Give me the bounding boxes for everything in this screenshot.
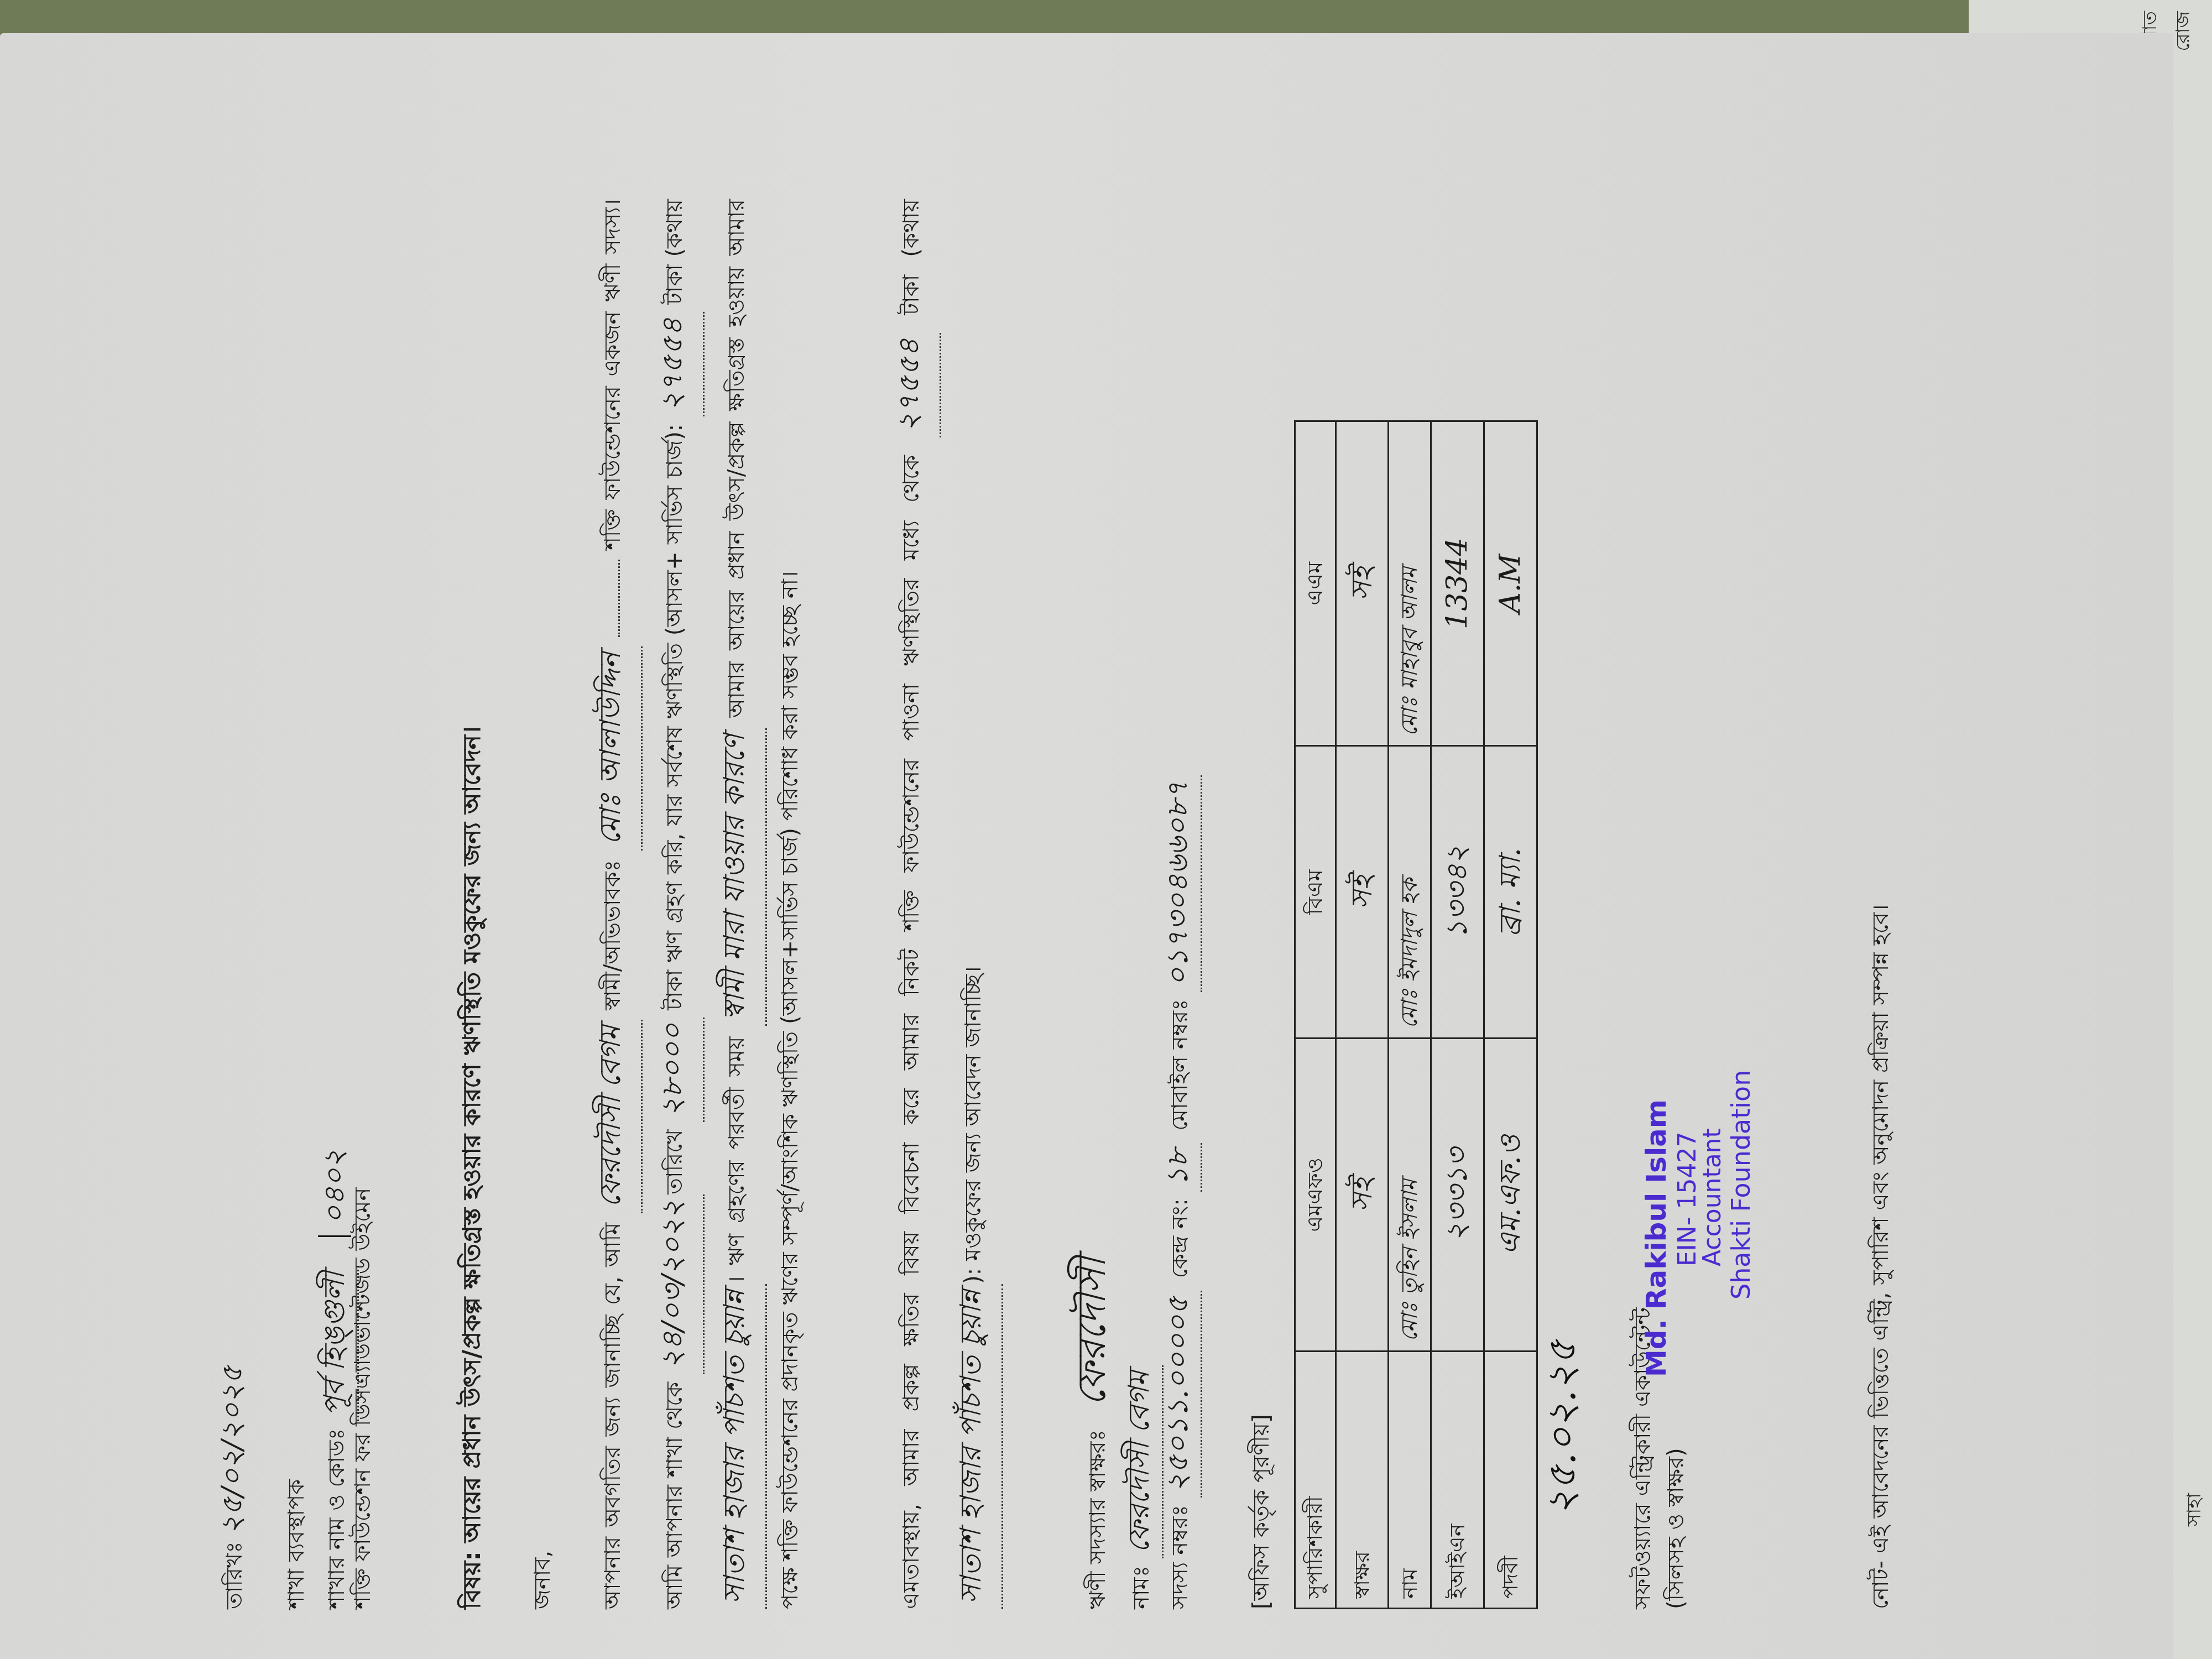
signature-cell: সই (1335, 421, 1389, 746)
row-header: পদবী (1484, 1352, 1537, 1609)
background-text: সাহা (2179, 1493, 2210, 1526)
row-header: ইআইএন (1431, 1352, 1484, 1609)
signature-cell: সই (1335, 746, 1389, 1039)
code-value: ১৮ (1156, 1143, 1202, 1192)
guardian-name-field: মোঃ আলাউদ্দিন (581, 646, 643, 851)
text: । ঋণ গ্রহণের পরবর্তী সময় (724, 1036, 749, 1284)
waiver-amount-field: ২৭৫৫৪ (879, 333, 941, 437)
ein-cell: ১৩৩৪২ (1431, 746, 1484, 1039)
text: আপনার অবগতির জন্য জানাচ্ছি যে, আমি (600, 1223, 625, 1609)
name-cell: মোঃ ইমদাদুল হক (1389, 746, 1431, 1039)
row-header: সুপারিশকারী (1295, 1352, 1336, 1609)
stamp-title: Accountant (1700, 1128, 1725, 1266)
outstanding-field: ২৭৫৫৪ (643, 312, 705, 416)
date-line: তারিখঃ ২৫/০২/২০২৫ (210, 1365, 255, 1609)
subject-line: বিষয়: আয়ের প্রধান উৎস/প্রকল্প ক্ষতিগ্র… (453, 726, 491, 1609)
document-sheet: তারিখঃ ২৫/০২/২০২৫ শাখা ব্যবস্থাপক শাখার … (0, 33, 2173, 1659)
member-number-line: সদস্য নম্বরঃ ২৫০১১.০০০০৫ কেন্দ্র নং: ১৮ … (1156, 775, 1202, 1609)
name-cell: মোঃ মাহাবুব আলম (1389, 421, 1431, 746)
code-label: কেন্দ্র নং: (1167, 1198, 1193, 1278)
text: টাকা (কথায় (662, 199, 687, 305)
member-no-label: সদস্য নম্বরঃ (1167, 1505, 1193, 1609)
accountant-signature: ২৫.০২.২৫ (1532, 1340, 1592, 1609)
row-header: স্বাক্ষর (1335, 1352, 1389, 1609)
table-row: ইআইএন ২৩৩১৩ ১৩৩৪২ 13344 (1431, 421, 1484, 1609)
member-signature-line: ঋণী সদস্যার স্বাক্ষরঃ ফেরদৌসী (1062, 1257, 1122, 1609)
date-value: ২৫/০২/২০২৫ (216, 1365, 249, 1534)
stamp-org: Shakti Foundation (1728, 1070, 1754, 1300)
text: তারিখে (662, 1130, 687, 1194)
stamp-ein: EIN- 15427 (1676, 1131, 1700, 1266)
text: টাকা ঋণ গ্রহণ করি, যার সর্বশেষ ঋণস্থিতি … (662, 424, 687, 1010)
ein-cell: ২৩৩১৩ (1431, 1038, 1484, 1351)
stamp-name: Md. Rakibul Islam (1642, 1099, 1670, 1377)
body-paragraph-1: আপনার অবগতির জন্য জানাচ্ছি যে, আমি ফেরদৌ… (581, 199, 813, 1609)
column-header: এএম (1295, 421, 1336, 746)
signature-label: ঋণী সদস্যার স্বাক্ষরঃ (1085, 1430, 1110, 1609)
mobile-label: মোবাইল নম্বরঃ (1167, 999, 1193, 1130)
application-page: তারিখঃ ২৫/০২/২০২৫ শাখা ব্যবস্থাপক শাখার … (210, 61, 1980, 1609)
accountant-sublabel: (সিলসহ ও স্বাক্ষর) (1659, 1448, 1693, 1609)
member-name-field: ফেরদৌসী বেগম (581, 1020, 643, 1213)
salutation: জনাব, (525, 1551, 560, 1609)
signature-cell: সই (1335, 1038, 1389, 1351)
loan-date-field: ২৪/০৩/২০২২ (643, 1194, 705, 1374)
table-row: পদবী এম.এফ.ও ব্রা. ম্যা. A.M (1484, 421, 1537, 1609)
column-header: এমএফও (1295, 1038, 1336, 1351)
name-cell: মোঃ তুহিন ইসলাম (1389, 1038, 1431, 1351)
member-no-value: ২৫০১১.০০০০৫ (1156, 1291, 1202, 1498)
organization-line: শক্তি ফাউন্ডেশন ফর ডিসএ্যাডভান্টেজড উইমে… (346, 1188, 380, 1609)
mobile-value: ০১৭৩০৪৬৬০৮৭ (1156, 775, 1202, 992)
row-header: নাম (1389, 1352, 1431, 1609)
accountant-signature-date: ২৫.০২.২৫ (1539, 1340, 1584, 1515)
designation-cell: এম.এফ.ও (1484, 1038, 1537, 1351)
text: এমতাবস্থায়, আমার প্রকল্প ক্ষতির বিষয় ব… (899, 455, 924, 1609)
date-label: তারিখঃ (222, 1541, 247, 1609)
column-header: বিএম (1295, 746, 1336, 1039)
text: স্বামী/অভিভাবকঃ (600, 860, 625, 1010)
blank-field (618, 560, 620, 637)
body-paragraph-2: এমতাবস্থায়, আমার প্রকল্প ক্ষতির বিষয় ব… (879, 199, 1003, 1609)
designation-cell: A.M (1484, 421, 1537, 746)
footer-note: নোট- এই আবেদনের ভিত্তিতে এন্ট্রি, সুপারি… (1864, 904, 1898, 1609)
recommendation-table: সুপারিশকারী এমএফও বিএম এএম স্বাক্ষর সই স… (1294, 420, 1538, 1609)
outstanding-words-field: সাতাশ হাজার পাঁচশত চুয়ান্ন (705, 1284, 766, 1609)
reason-field: স্বামী মারা যাওয়ার কারণে (705, 728, 766, 1026)
office-use-label: [অফিস কর্তৃক পূরণীয়] (1244, 1414, 1279, 1609)
name-label: নামঃ (1129, 1566, 1154, 1609)
table-row: নাম মোঃ তুহিন ইসলাম মোঃ ইমদাদুল হক মোঃ ম… (1389, 421, 1431, 1609)
waiver-words-field: সাতাশ হাজার পাঁচশত চুয়ান্ন (941, 1284, 1003, 1609)
addressee-line: শাখা ব্যবস্থাপক (279, 1479, 314, 1609)
table-row: স্বাক্ষর সই সই সই (1335, 421, 1389, 1609)
designation-cell: ব্রা. ম্যা. (1484, 746, 1537, 1039)
ein-cell: 13344 (1431, 421, 1484, 746)
text: টাকা (কথায় (899, 199, 924, 315)
loan-amount-field: ২৮০০০ (643, 1018, 705, 1122)
member-signature: ফেরদৌসী (1069, 1257, 1114, 1406)
text: মওকুফের জন্য আবেদন জানাচ্ছি। (961, 966, 986, 1261)
table-row: সুপারিশকারী এমএফও বিএম এএম (1295, 421, 1336, 1609)
